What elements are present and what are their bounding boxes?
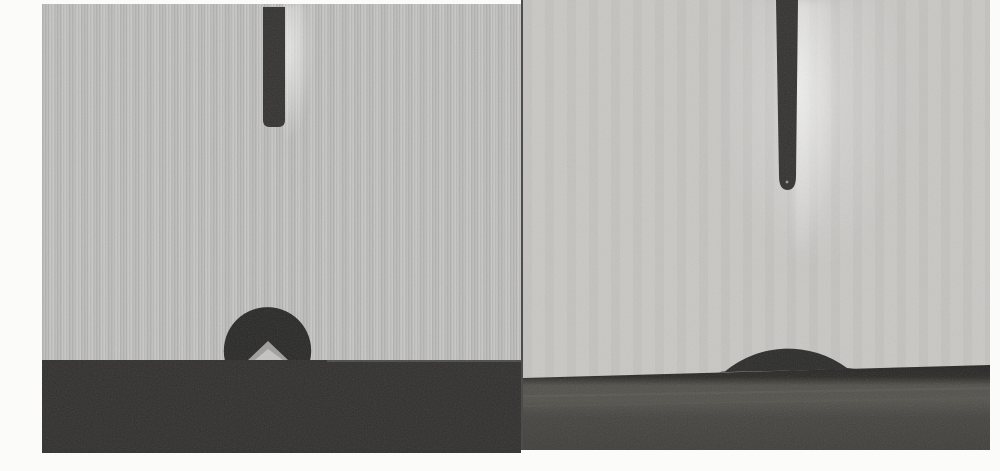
right-photo-grain [523,0,990,450]
right-photo-panel [521,0,990,450]
left-photo-grain [42,4,521,453]
left-photo-panel [42,4,521,453]
contact-angle-figure [0,0,1000,471]
patent-figure-page: { "figure": { "name": "contact-angle-pho… [0,0,1000,471]
